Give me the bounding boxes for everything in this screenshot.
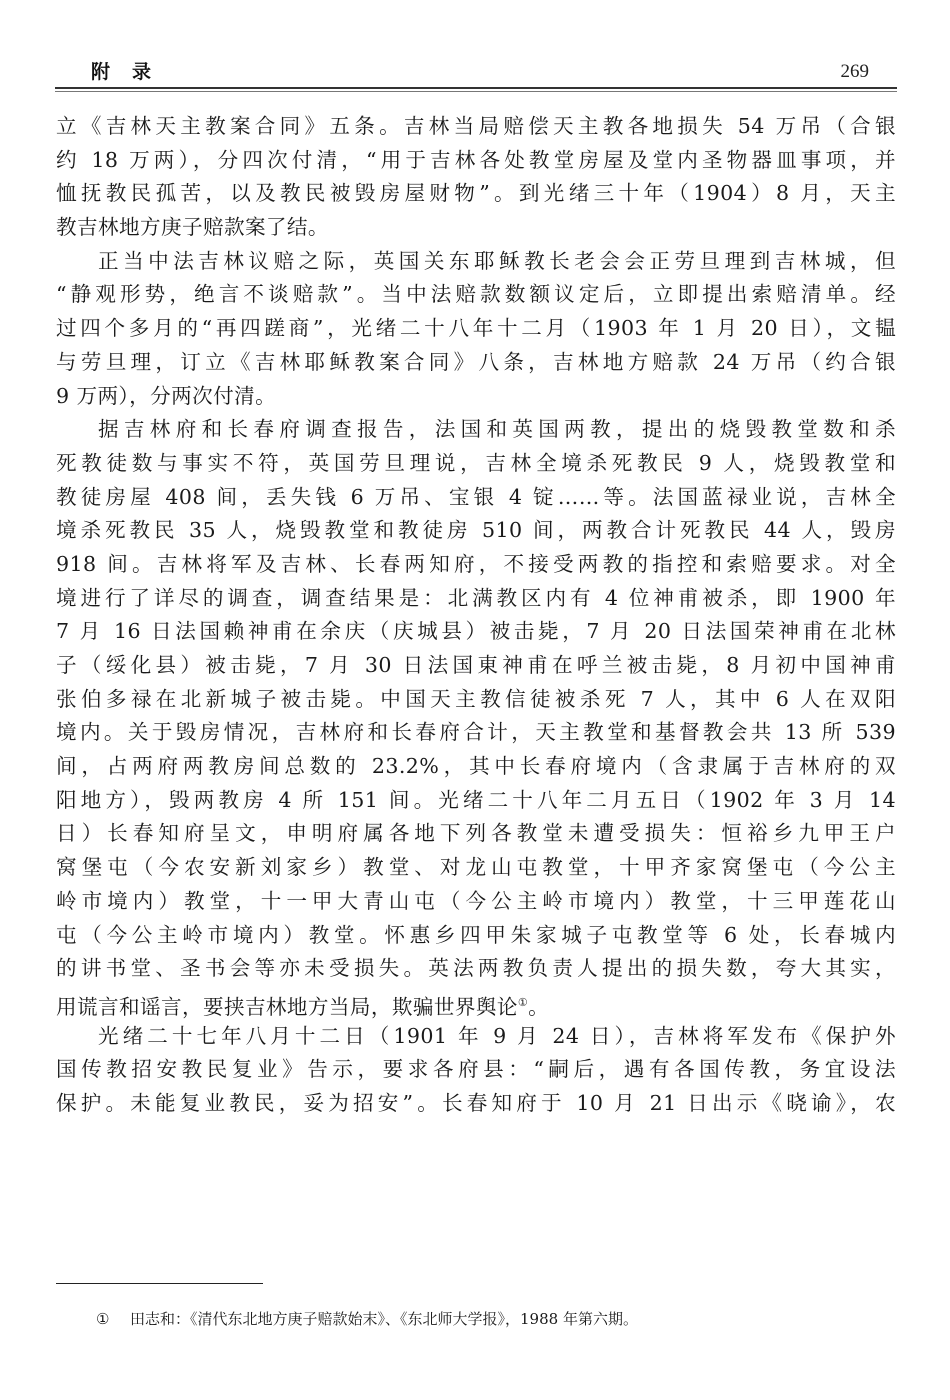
text-line: 岭市境内）教堂，十一甲大青山屯（今公主岭市境内）教堂，十三甲莲花山 <box>56 885 896 919</box>
text-line: 918 间。吉林将军及吉林、长春两知府，不接受两教的指控和索赔要求。对全 <box>56 548 896 582</box>
text-line: 约 18 万两），分四次付清，“用于吉林各处教堂房屋及堂内圣物器皿事项，并 <box>56 144 896 178</box>
text-line: 与劳旦理，订立《吉林耶稣教案合同》八条，吉林地方赔款 24 万吊（约合银 <box>56 346 896 380</box>
text-line: 日）长春知府呈文，申明府属各地下列各教堂未遭受损失：恒裕乡九甲王户 <box>56 817 896 851</box>
text-line: 教吉林地方庚子赔款案了结。 <box>56 211 896 245</box>
paragraph-1: 立《吉林天主教案合同》五条。吉林当局赔偿天主教各地损失 54 万吊（合银 约 1… <box>56 110 896 245</box>
text-line: 间，占两府两教房间总数的 23.2%，其中长春府境内（含隶属于吉林府的双 <box>56 750 896 784</box>
text-line: 的讲书堂、圣书会等亦未受损失。英法两教负责人提出的损失数，夸大其实， <box>56 952 896 986</box>
header-rule <box>55 87 897 89</box>
text-line: 境内。关于毁房情况，吉林府和长春府合计，天主教堂和基督教会共 13 所 539 <box>56 716 896 750</box>
footnote-rule <box>56 1283 263 1284</box>
text-line: 阳地方），毁两教房 4 所 151 间。光绪二十八年二月五日（1902 年 3 … <box>56 784 896 818</box>
header-rule-thin <box>55 91 897 92</box>
text-line: 过四个多月的“再四蹉商”，光绪二十八年十二月（1903 年 1 月 20 日），… <box>56 312 896 346</box>
paragraph-2: 正当中法吉林议赔之际，英国关东耶稣教长老会会正劳旦理到吉林城，但 “静观形势，绝… <box>56 245 896 413</box>
section-title: 附录 <box>91 57 173 84</box>
footnote-text: 田志和：《清代东北地方庚子赔款始末》、《东北师大学报》，1988 年第六期。 <box>130 1310 638 1328</box>
footnote-marker: ① <box>96 1309 130 1329</box>
text-line: 境进行了详尽的调查，调查结果是：北满教区内有 4 位神甫被杀，即 1900 年 <box>56 582 896 616</box>
text-line: 保护。未能复业教民，妥为招安”。长春知府于 10 月 21 日出示《晓谕》，农 <box>56 1087 896 1121</box>
footnote: ①田志和：《清代东北地方庚子赔款始末》、《东北师大学报》，1988 年第六期。 <box>96 1309 638 1329</box>
paragraph-3: 据吉林府和长春府调查报告，法国和英国两教，提出的烧毁教堂数和杀 死教徒数与事实不… <box>56 413 896 1019</box>
text-line: 窝堡屯（今农安新刘家乡）教堂、对龙山屯教堂，十甲齐家窝堡屯（今公主 <box>56 851 896 885</box>
text-line: 正当中法吉林议赔之际，英国关东耶稣教长老会会正劳旦理到吉林城，但 <box>56 245 896 279</box>
text-line: “静观形势，绝言不谈赔款”。当中法赔款数额议定后，立即提出索赔清单。经 <box>56 278 896 312</box>
text-line-content: 用谎言和谣言，要挟吉林地方当局，欺骗世界舆论 <box>56 995 518 1019</box>
text-line: 死教徒数与事实不符，英国劳旦理说，吉林全境杀死教民 9 人，烧毁教堂和 <box>56 447 896 481</box>
text-line: 恤抚教民孤苦，以及教民被毁房屋财物”。到光绪三十年（1904）8 月，天主 <box>56 177 896 211</box>
text-line: 国传教招安教民复业》告示，要求各府县：“嗣后，遇有各国传教，务宜设法 <box>56 1053 896 1087</box>
footnote-reference[interactable]: ① <box>518 996 528 1009</box>
body-text: 立《吉林天主教案合同》五条。吉林当局赔偿天主教各地损失 54 万吊（合银 约 1… <box>56 110 896 1121</box>
text-line: 教徒房屋 408 间，丢失钱 6 万吊、宝银 4 锭……等。法国蓝禄业说，吉林全 <box>56 481 896 515</box>
text-line: 9 万两），分两次付清。 <box>56 380 896 414</box>
text-line-trailing: 。 <box>528 995 549 1019</box>
text-line: 据吉林府和长春府调查报告，法国和英国两教，提出的烧毁教堂数和杀 <box>56 413 896 447</box>
text-line: 屯（今公主岭市境内）教堂。怀惠乡四甲朱家城子屯教堂等 6 处，长春城内 <box>56 919 896 953</box>
text-line: 用谎言和谣言，要挟吉林地方当局，欺骗世界舆论①。 <box>56 986 896 1020</box>
paragraph-4: 光绪二十七年八月十二日（1901 年 9 月 24 日），吉林将军发布《保护外 … <box>56 1020 896 1121</box>
text-line: 7 月 16 日法国赖神甫在余庆（庆城县）被击毙，7 月 20 日法国荣神甫在北… <box>56 615 896 649</box>
text-line: 光绪二十七年八月十二日（1901 年 9 月 24 日），吉林将军发布《保护外 <box>56 1020 896 1054</box>
text-line: 境杀死教民 35 人，烧毁教堂和教徒房 510 间，两教合计死教民 44 人，毁… <box>56 514 896 548</box>
text-line: 张伯多禄在北新城子被击毙。中国天主教信徒被杀死 7 人，其中 6 人在双阳 <box>56 683 896 717</box>
text-line: 立《吉林天主教案合同》五条。吉林当局赔偿天主教各地损失 54 万吊（合银 <box>56 110 896 144</box>
text-line: 子（绥化县）被击毙，7 月 30 日法国東神甫在呼兰被击毙，8 月初中国神甫 <box>56 649 896 683</box>
page-number: 269 <box>841 61 870 83</box>
running-header: 附录 269 <box>55 55 897 87</box>
